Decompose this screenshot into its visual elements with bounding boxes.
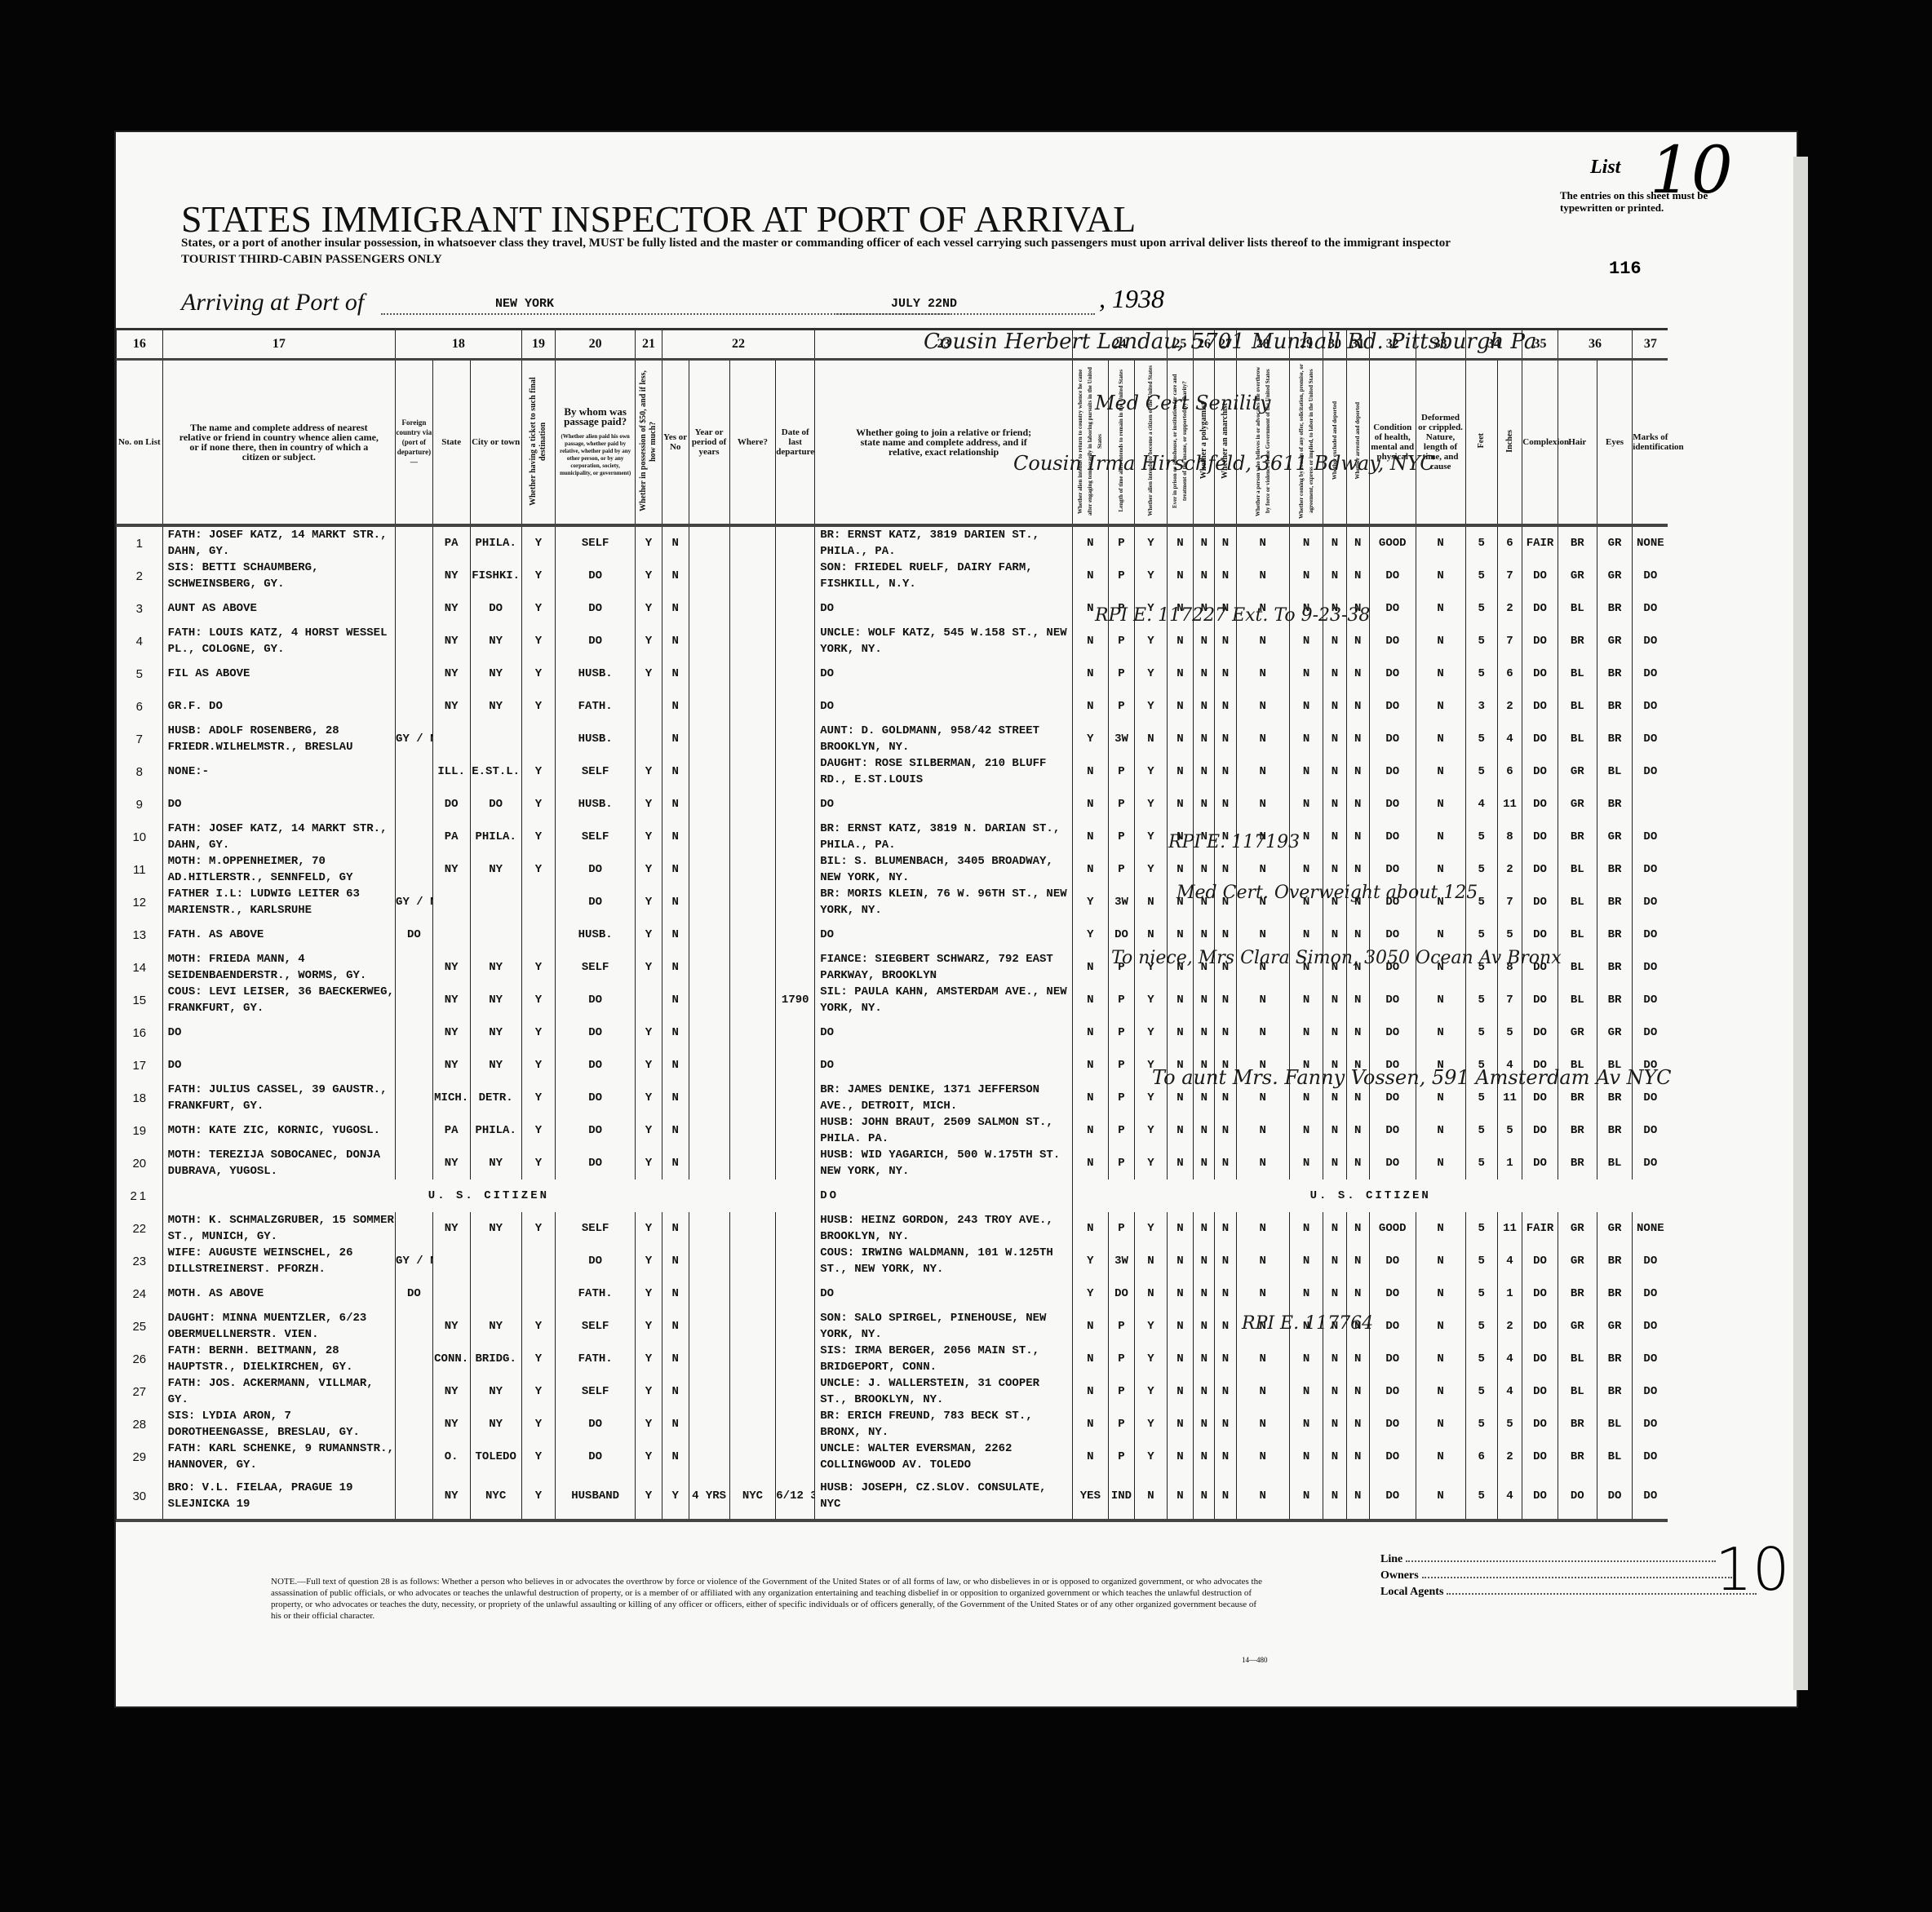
cell-q25: N <box>1167 886 1194 918</box>
cell-ticket: Y <box>521 1016 555 1049</box>
cell-state: MICH. <box>432 1082 470 1114</box>
cell-q24a: N <box>1073 1310 1109 1343</box>
cell-period <box>689 1375 729 1408</box>
arrival-year: , 1938 <box>1099 284 1164 314</box>
cell-foreign <box>396 1441 433 1473</box>
cell-q24b: P <box>1108 1375 1135 1408</box>
header-condition: Condition of health, mental and physical <box>1369 360 1416 526</box>
cell-q24c: Y <box>1135 1408 1167 1441</box>
cell-q29: N <box>1289 1049 1323 1082</box>
cell-q27: N <box>1215 1082 1236 1114</box>
cell-q24b: P <box>1108 1408 1135 1441</box>
cell-deformed: N <box>1416 886 1465 918</box>
cell-eyes: GR <box>1597 625 1633 657</box>
cell-foreign <box>396 1212 433 1245</box>
cell-paid: DO <box>556 1441 636 1473</box>
header-nearest-relative: The name and complete address of nearest… <box>162 360 395 526</box>
cell-where <box>729 1277 776 1310</box>
cell-q31: N <box>1346 1310 1369 1343</box>
cell-paid: FATH. <box>556 690 636 723</box>
cell-foreign <box>396 1049 433 1082</box>
cell-eyes: BR <box>1597 1114 1633 1147</box>
cell-q29: N <box>1289 723 1323 755</box>
cell-foreign <box>396 1147 433 1180</box>
cell-period <box>689 1310 729 1343</box>
cell-q26: N <box>1194 723 1215 755</box>
cell-q24b: P <box>1108 1343 1135 1375</box>
cell-marks: DO <box>1633 657 1668 690</box>
cell-q31: N <box>1346 984 1369 1016</box>
cell-q31: N <box>1346 1245 1369 1277</box>
cell-inches: 1 <box>1497 1147 1522 1180</box>
cell-q28: N <box>1236 723 1289 755</box>
cell-complexion: DO <box>1522 788 1558 821</box>
cell-state: NY <box>432 560 470 592</box>
column-number-row: 16 17 18 19 20 21 22 23 24 25 26 27 28 2… <box>117 330 1797 360</box>
cell-state: NY <box>432 1408 470 1441</box>
cell-relative: FATH: JOSEF KATZ, 14 MARKT STR., DAHN, G… <box>162 525 395 560</box>
cell-ticket: Y <box>521 690 555 723</box>
cell-q24a: N <box>1073 788 1109 821</box>
cell-money: Y <box>636 1082 662 1114</box>
cell-money: Y <box>636 1343 662 1375</box>
cell-relative: FIL AS ABOVE <box>162 657 395 690</box>
cell-q27: N <box>1215 886 1236 918</box>
cell-departure <box>776 853 815 886</box>
cell-q25: N <box>1167 1343 1194 1375</box>
cell-q29: N <box>1289 1441 1323 1473</box>
cell-eyes: BR <box>1597 1343 1633 1375</box>
cell-deformed: N <box>1416 1408 1465 1441</box>
header-anarchist: Whether an anarchist <box>1215 360 1236 526</box>
cell-money: Y <box>636 1114 662 1147</box>
cell-deformed: N <box>1416 1473 1465 1520</box>
row-number: 18 <box>117 1082 163 1114</box>
cell-inches: 7 <box>1497 625 1522 657</box>
cell-join: DO <box>815 788 1073 821</box>
cell-q24b: DO <box>1108 1277 1135 1310</box>
cell-departure <box>776 723 815 755</box>
cell-q25: N <box>1167 1114 1194 1147</box>
cell-eyes: BL <box>1597 1049 1633 1082</box>
cell-feet: 5 <box>1465 723 1497 755</box>
cell-city: NY <box>470 1049 521 1082</box>
header-polygamist-text: Whether a polygamist <box>1199 402 1209 479</box>
cell-deformed: N <box>1416 723 1465 755</box>
cell-marks: NONE <box>1633 525 1668 560</box>
cell-hair: BR <box>1558 525 1597 560</box>
header-money-text: Whether in possession of $50, and if les… <box>639 364 658 519</box>
cell-feet: 5 <box>1465 886 1497 918</box>
header-no-on-list: No. on List <box>117 360 163 526</box>
cell-q25: N <box>1167 625 1194 657</box>
cell-q30: N <box>1323 1245 1346 1277</box>
cell-paid: FATH. <box>556 1277 636 1310</box>
cell-q29: N <box>1289 1245 1323 1277</box>
sheet-number: 116 <box>1609 259 1642 279</box>
cell-inches: 2 <box>1497 853 1522 886</box>
cell-ticket: Y <box>521 1375 555 1408</box>
cell-q31: N <box>1346 560 1369 592</box>
cell-q31: N <box>1346 1114 1369 1147</box>
header-join-relative: Whether going to join a relative or frie… <box>815 360 1073 526</box>
col-num: 22 <box>662 330 814 360</box>
cell-paid: DO <box>556 853 636 886</box>
cell-feet: 5 <box>1465 560 1497 592</box>
cell-ever: N <box>662 1082 689 1114</box>
cell-state: NY <box>432 1310 470 1343</box>
row-number: 25 <box>117 1310 163 1343</box>
cell-departure <box>776 1114 815 1147</box>
cell-hair: GR <box>1558 1310 1597 1343</box>
row-number: 20 <box>117 1147 163 1180</box>
cell-q24c: Y <box>1135 853 1167 886</box>
cell-q29: N <box>1289 1310 1323 1343</box>
cell-departure <box>776 1212 815 1245</box>
cell-q26: N <box>1194 690 1215 723</box>
cell-q31: N <box>1346 1441 1369 1473</box>
cell-paid: DO <box>556 560 636 592</box>
cell-eyes: BR <box>1597 918 1633 951</box>
cell-paid: SELF <box>556 1212 636 1245</box>
cell-foreign <box>396 951 433 984</box>
row-number: 26 <box>117 1343 163 1375</box>
cell-q24c: Y <box>1135 821 1167 853</box>
cell-relative: NONE:- <box>162 755 395 788</box>
table-row: 25DAUGHT: MINNA MUENTZLER, 6/23 OBERMUEL… <box>117 1310 1797 1343</box>
header-eyes: Eyes <box>1597 360 1633 526</box>
cell-city: NYC <box>470 1473 521 1520</box>
cell-q27: N <box>1215 853 1236 886</box>
cell-money: Y <box>636 560 662 592</box>
row-number: 22 <box>117 1212 163 1245</box>
cell-foreign <box>396 657 433 690</box>
cell-ticket: Y <box>521 525 555 560</box>
cell-foreign <box>396 1473 433 1520</box>
cell-state: NY <box>432 592 470 625</box>
cell-where <box>729 1114 776 1147</box>
col-num: 24 <box>1073 330 1167 360</box>
cell-q24c: Y <box>1135 984 1167 1016</box>
cell-where <box>729 984 776 1016</box>
cell-inches: 2 <box>1497 592 1522 625</box>
cell-marks: DO <box>1633 755 1668 788</box>
cell-departure <box>776 1245 815 1277</box>
cell-city: DO <box>470 788 521 821</box>
cell-where <box>729 821 776 853</box>
cell-ever: Y <box>662 1473 689 1520</box>
cell-city: E.ST.L. <box>470 755 521 788</box>
cell-deformed: N <box>1416 1343 1465 1375</box>
cell-relative: SIS: BETTI SCHAUMBERG, SCHWEINSBERG, GY. <box>162 560 395 592</box>
cell-foreign: DO <box>396 918 433 951</box>
owners-field: Owners <box>1380 1568 1757 1584</box>
cell-period <box>689 1212 729 1245</box>
cell-marks: DO <box>1633 560 1668 592</box>
cell-q25: N <box>1167 1277 1194 1310</box>
cell-q31: N <box>1346 886 1369 918</box>
cell-ever: N <box>662 821 689 853</box>
cell-departure <box>776 1147 815 1180</box>
manifest-table-wrap: 16 17 18 19 20 21 22 23 24 25 26 27 28 2… <box>116 328 1797 1522</box>
cell-q29: N <box>1289 1082 1323 1114</box>
cell-q24a: Y <box>1073 918 1109 951</box>
cell-ever: N <box>662 1212 689 1245</box>
cell-hair: BL <box>1558 1375 1597 1408</box>
cell-eyes: BR <box>1597 1245 1633 1277</box>
cell-q26: N <box>1194 1343 1215 1375</box>
cell-inches: 4 <box>1497 1245 1522 1277</box>
cell-paid: HUSBAND <box>556 1473 636 1520</box>
cell-state <box>432 1277 470 1310</box>
cell-city: NY <box>470 984 521 1016</box>
header-q30: Whether excluded and deported <box>1323 360 1346 526</box>
cell-departure <box>776 1082 815 1114</box>
cell-foreign <box>396 984 433 1016</box>
header-ticket: Whether having a ticket to such final de… <box>521 360 555 526</box>
cell-q31: N <box>1346 1147 1369 1180</box>
cell-relative: WIFE: AUGUSTE WEINSCHEL, 26 DILLSTREINER… <box>162 1245 395 1277</box>
cell-q28: N <box>1236 1277 1289 1310</box>
cell-q30: N <box>1323 1277 1346 1310</box>
cell-foreign: GY / NY <box>396 1245 433 1277</box>
cell-health: DO <box>1369 592 1416 625</box>
row-number: 3 <box>117 592 163 625</box>
cell-join: DO <box>815 918 1073 951</box>
cell-join: DO <box>815 1180 1073 1212</box>
cell-q25: N <box>1167 723 1194 755</box>
cell-departure <box>776 1441 815 1473</box>
cell-ticket: Y <box>521 1147 555 1180</box>
header-inches-text: Inches <box>1505 430 1515 453</box>
cell-q27: N <box>1215 1245 1236 1277</box>
cell-marks: DO <box>1633 1310 1668 1343</box>
manifest-table: 16 17 18 19 20 21 22 23 24 25 26 27 28 2… <box>116 328 1797 1522</box>
cell-city <box>470 918 521 951</box>
cell-complexion: DO <box>1522 657 1558 690</box>
cell-q24a: Y <box>1073 723 1109 755</box>
cell-q28: N <box>1236 1441 1289 1473</box>
row-number: 4 <box>117 625 163 657</box>
cell-health: DO <box>1369 1114 1416 1147</box>
cell-ticket: Y <box>521 1082 555 1114</box>
table-row: 11MOTH: M.OPPENHEIMER, 70 AD.HITLERSTR.,… <box>117 853 1797 886</box>
cell-q25: N <box>1167 1473 1194 1520</box>
cell-q30: N <box>1323 1408 1346 1441</box>
cell-q27: N <box>1215 1310 1236 1343</box>
cell-hair: BR <box>1558 1114 1597 1147</box>
cell-complexion: DO <box>1522 625 1558 657</box>
cell-marks: DO <box>1633 1343 1668 1375</box>
cell-relative: FATH: BERNH. BEITMANN, 28 HAUPTSTR., DIE… <box>162 1343 395 1375</box>
cell-inches: 6 <box>1497 755 1522 788</box>
cell-feet: 5 <box>1465 1049 1497 1082</box>
cell-where <box>729 1082 776 1114</box>
arriving-label: Arriving at Port of <box>181 289 364 316</box>
cell-q30: N <box>1323 657 1346 690</box>
cell-money: Y <box>636 525 662 560</box>
cell-q28: N <box>1236 1016 1289 1049</box>
citizen-note: U. S. CITIZEN <box>162 1180 815 1212</box>
cell-q29: N <box>1289 525 1323 560</box>
cell-departure <box>776 690 815 723</box>
cell-inches: 2 <box>1497 1310 1522 1343</box>
cell-q29: N <box>1289 918 1323 951</box>
cell-q27: N <box>1215 788 1236 821</box>
cell-marks: DO <box>1633 1408 1668 1441</box>
cell-q29: N <box>1289 1147 1323 1180</box>
cell-q28: N <box>1236 1147 1289 1180</box>
cell-hair: BL <box>1558 984 1597 1016</box>
header-q29: Whether coming by reason of any offer, s… <box>1289 360 1323 526</box>
cell-q24b: P <box>1108 755 1135 788</box>
cell-paid: DO <box>556 625 636 657</box>
row-number: 30 <box>117 1473 163 1520</box>
cell-relative: MOTH: TEREZIJA SOBOCANEC, DONJA DUBRAVA,… <box>162 1147 395 1180</box>
cell-join: DO <box>815 592 1073 625</box>
cell-state: NY <box>432 690 470 723</box>
cell-state <box>432 1245 470 1277</box>
cell-q26: N <box>1194 657 1215 690</box>
cell-ticket <box>521 886 555 918</box>
header-purpose-c-text: Whether alien intends to become a citize… <box>1145 365 1155 516</box>
cell-q25: N <box>1167 984 1194 1016</box>
cell-departure <box>776 657 815 690</box>
cell-period <box>689 560 729 592</box>
cell-where <box>729 560 776 592</box>
cell-period <box>689 755 729 788</box>
cell-foreign <box>396 560 433 592</box>
cell-q31: N <box>1346 788 1369 821</box>
cell-q27: N <box>1215 1016 1236 1049</box>
cell-deformed: N <box>1416 592 1465 625</box>
cell-departure <box>776 755 815 788</box>
cell-hair: DO <box>1558 1473 1597 1520</box>
cell-q24a: N <box>1073 821 1109 853</box>
cell-q26: N <box>1194 1408 1215 1441</box>
cell-q29: N <box>1289 1016 1323 1049</box>
cell-ever: N <box>662 1147 689 1180</box>
cell-complexion: DO <box>1522 1310 1558 1343</box>
cell-join: DO <box>815 1277 1073 1310</box>
cell-ticket <box>521 1277 555 1310</box>
cell-period <box>689 886 729 918</box>
table-row: 9DODODOYHUSB.YNDONPYNNNNNNNDON411DOGRBR <box>117 788 1797 821</box>
cell-health: DO <box>1369 1408 1416 1441</box>
cell-q30: N <box>1323 1114 1346 1147</box>
cell-marks: DO <box>1633 690 1668 723</box>
cell-join: DO <box>815 1049 1073 1082</box>
cell-paid: DO <box>556 1147 636 1180</box>
cell-ticket: Y <box>521 560 555 592</box>
cell-q29: N <box>1289 560 1323 592</box>
cell-q28: N <box>1236 1049 1289 1082</box>
table-row: 1FATH: JOSEF KATZ, 14 MARKT STR., DAHN, … <box>117 525 1797 560</box>
cell-q31: N <box>1346 1082 1369 1114</box>
cell-q24a: N <box>1073 1212 1109 1245</box>
cell-ever: N <box>662 560 689 592</box>
cell-q26: N <box>1194 1082 1215 1114</box>
row-number: 21 <box>117 1180 163 1212</box>
cell-q29: N <box>1289 592 1323 625</box>
cell-feet: 5 <box>1465 918 1497 951</box>
cell-feet: 5 <box>1465 1310 1497 1343</box>
cell-deformed: N <box>1416 951 1465 984</box>
cell-state: NY <box>432 1375 470 1408</box>
header-anarchist-text: Whether an anarchist <box>1221 403 1230 479</box>
cell-where <box>729 951 776 984</box>
cell-q24a: N <box>1073 1082 1109 1114</box>
cell-inches: 1 <box>1497 1277 1522 1310</box>
cell-money: Y <box>636 1441 662 1473</box>
cell-eyes: BR <box>1597 1082 1633 1114</box>
cell-marks: DO <box>1633 853 1668 886</box>
cell-q24c: N <box>1135 723 1167 755</box>
table-row: 6GR.F. DONYNYYFATH.NDONPYNNNNNNNDON32DOB… <box>117 690 1797 723</box>
cell-q27: N <box>1215 625 1236 657</box>
cell-join: UNCLE: J. WALLERSTEIN, 31 COOPER ST., BR… <box>815 1375 1073 1408</box>
cell-where: NYC <box>729 1473 776 1520</box>
row-number: 28 <box>117 1408 163 1441</box>
cell-q30: N <box>1323 788 1346 821</box>
cell-relative: DO <box>162 1016 395 1049</box>
cell-where <box>729 1049 776 1082</box>
cell-eyes: GR <box>1597 821 1633 853</box>
passenger-rows: 1FATH: JOSEF KATZ, 14 MARKT STR., DAHN, … <box>117 525 1797 1520</box>
cell-q31: N <box>1346 1343 1369 1375</box>
cell-state: O. <box>432 1441 470 1473</box>
cell-ticket <box>521 1245 555 1277</box>
cell-deformed: N <box>1416 690 1465 723</box>
header-ticket-text: Whether having a ticket to such final de… <box>529 364 548 519</box>
cell-period <box>689 592 729 625</box>
cell-hair: BL <box>1558 723 1597 755</box>
row-number: 9 <box>117 788 163 821</box>
cell-hair: BL <box>1558 1343 1597 1375</box>
cell-where <box>729 918 776 951</box>
cell-q24b: P <box>1108 1016 1135 1049</box>
cell-q29: N <box>1289 984 1323 1016</box>
cell-departure <box>776 788 815 821</box>
cell-q24c: Y <box>1135 1343 1167 1375</box>
cell-feet: 5 <box>1465 1114 1497 1147</box>
cell-q30: N <box>1323 1441 1346 1473</box>
cell-city: NY <box>470 853 521 886</box>
cell-q26: N <box>1194 984 1215 1016</box>
cell-q30: N <box>1323 592 1346 625</box>
cell-complexion: DO <box>1522 821 1558 853</box>
cell-feet: 5 <box>1465 657 1497 690</box>
cell-complexion: DO <box>1522 755 1558 788</box>
cell-q26: N <box>1194 853 1215 886</box>
cell-period <box>689 918 729 951</box>
cell-q29: N <box>1289 1114 1323 1147</box>
cell-q24c: Y <box>1135 525 1167 560</box>
cell-q28: N <box>1236 1310 1289 1343</box>
owners-label: Owners <box>1380 1569 1419 1582</box>
cell-ticket: Y <box>521 755 555 788</box>
cell-where <box>729 1408 776 1441</box>
cell-foreign <box>396 1082 433 1114</box>
cell-health: DO <box>1369 1016 1416 1049</box>
cell-q24c: Y <box>1135 1441 1167 1473</box>
cell-state <box>432 918 470 951</box>
cell-eyes: BL <box>1597 1441 1633 1473</box>
cell-health: GOOD <box>1369 1212 1416 1245</box>
cell-eyes: BL <box>1597 1408 1633 1441</box>
cell-q27: N <box>1215 1408 1236 1441</box>
cell-paid: DO <box>556 1049 636 1082</box>
